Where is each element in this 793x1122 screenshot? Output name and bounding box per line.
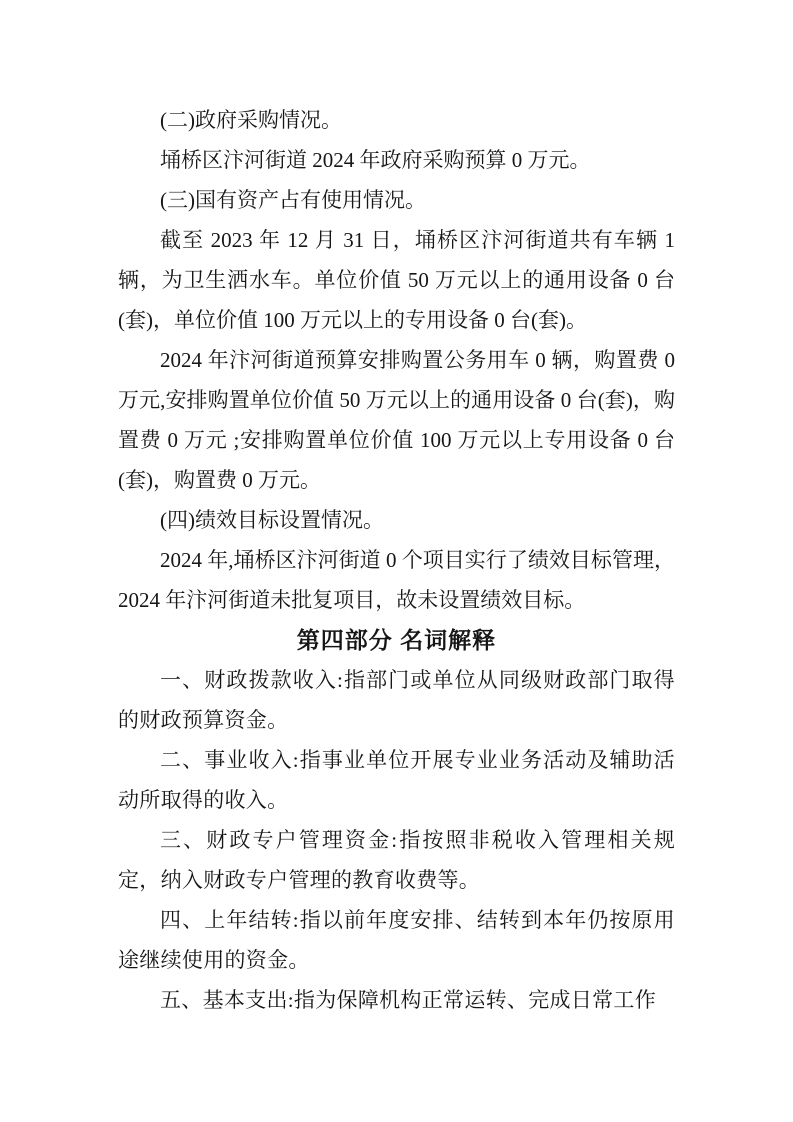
definition-carryover-from-previous-year: 四、上年结转:指以前年度安排、结转到本年仍按原用途继续使用的资金。 (118, 900, 675, 980)
definition-business-income: 二、事业收入:指事业单位开展专业业务活动及辅助活动所取得的收入。 (118, 740, 675, 820)
paragraph-performance-goal-detail: 2024 年,埇桥区汴河街道 0 个项目实行了绩效目标管理，2024 年汴河街道… (118, 540, 675, 620)
section-heading-part4-glossary: 第四部分 名词解释 (118, 620, 675, 660)
document-page: (二)政府采购情况。 埇桥区汴河街道 2024 年政府采购预算 0 万元。 (三… (0, 0, 793, 1122)
definition-basic-expenditure: 五、基本支出:指为保障机构正常运转、完成日常工作 (118, 980, 675, 1020)
paragraph-state-assets-title: (三)国有资产占有使用情况。 (118, 180, 675, 220)
paragraph-vehicles-equipment: 截至 2023 年 12 月 31 日，埇桥区汴河街道共有车辆 1 辆，为卫生洒… (118, 220, 675, 340)
paragraph-gov-procurement-budget: 埇桥区汴河街道 2024 年政府采购预算 0 万元。 (118, 140, 675, 180)
paragraph-2024-purchase-plan: 2024 年汴河街道预算安排购置公务用车 0 辆，购置费 0 万元,安排购置单位… (118, 340, 675, 500)
paragraph-performance-goal-title: (四)绩效目标设置情况。 (118, 500, 675, 540)
document-content: (二)政府采购情况。 埇桥区汴河街道 2024 年政府采购预算 0 万元。 (三… (118, 100, 675, 1020)
paragraph-gov-procurement-title: (二)政府采购情况。 (118, 100, 675, 140)
definition-fiscal-special-account-funds: 三、财政专户管理资金:指按照非税收入管理相关规定，纳入财政专户管理的教育收费等。 (118, 820, 675, 900)
definition-fiscal-appropriation-income: 一、财政拨款收入:指部门或单位从同级财政部门取得的财政预算资金。 (118, 660, 675, 740)
